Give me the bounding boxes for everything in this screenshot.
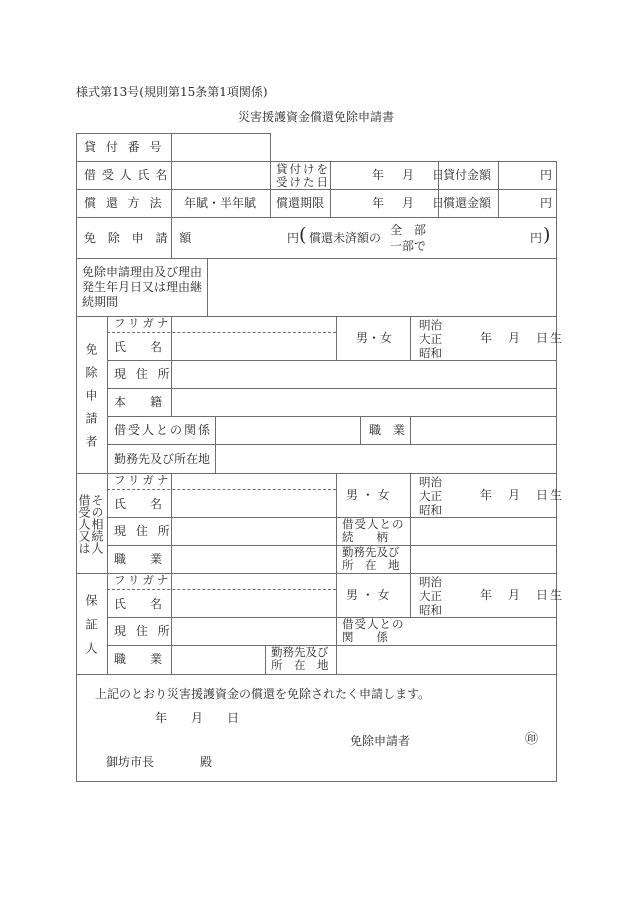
applicant-address-label: 現 住 所	[114, 368, 173, 380]
page-title: 災害援護資金償還免除申請書	[238, 111, 394, 123]
option-part[interactable]: 一部で	[390, 240, 426, 252]
era-showa[interactable]: 昭和	[419, 503, 442, 517]
heir-name-field[interactable]	[172, 490, 335, 516]
applicant-gender[interactable]: 男・女	[356, 332, 392, 344]
era-meiji[interactable]: 明治	[419, 475, 442, 489]
guarantor-birthdate[interactable]: 年 月 日生	[480, 589, 564, 601]
guarantor-relation-field[interactable]	[411, 618, 555, 644]
heir-workplace-label-line2: 所 在 地	[342, 559, 400, 572]
applicant-furigana-field[interactable]	[172, 317, 335, 331]
rule	[76, 781, 557, 782]
declaration-applicant-field[interactable]	[415, 730, 520, 750]
guarantor-relation-label-line2: 関 係	[342, 631, 405, 644]
rule	[336, 473, 337, 573]
applicant-era[interactable]: 明治 大正 昭和	[419, 318, 442, 360]
heir-relation-field[interactable]	[411, 518, 555, 544]
applicant-name-label: 氏 名	[114, 341, 162, 353]
repayment-deadline-field[interactable]: 年 月 日	[372, 197, 447, 209]
loan-date-label-line2: 受けた日	[276, 176, 330, 189]
applicant-furigana-label: フリガナ	[114, 318, 171, 330]
heir-furigana-label: フリガナ	[114, 475, 171, 487]
rule	[270, 133, 271, 217]
applicant-address-field[interactable]	[172, 361, 555, 387]
paren-close: )	[543, 226, 550, 245]
reason-label-line1: 免除申請理由及び理由	[82, 265, 202, 280]
applicant-workplace-label: 勤務先及び所在地	[114, 453, 210, 465]
rule	[410, 316, 411, 360]
guarantor-section-label: 保証人	[85, 594, 97, 666]
form-number: 様式第13号(規則第15条第1項関係)	[76, 86, 268, 98]
rule	[556, 161, 557, 781]
heir-era[interactable]: 明治 大正 昭和	[419, 475, 442, 517]
borrower-name-label: 借 受 人 氏 名	[84, 169, 168, 181]
rule	[265, 645, 266, 674]
repayment-method-value[interactable]: 年賦・半年賦	[184, 197, 256, 209]
heir-relation-label-line2: 続 柄	[342, 531, 405, 544]
exemption-amount-label: 免 除 申 請 額	[84, 232, 195, 244]
unpaid-unit: 円	[530, 232, 542, 244]
heir-gender[interactable]: 男 ・ 女	[346, 489, 390, 501]
era-meiji[interactable]: 明治	[419, 575, 442, 589]
guarantor-workplace-label-line2: 所 在 地	[271, 659, 329, 672]
loan-date-label: 貸付けを 受けた日	[276, 163, 330, 189]
guarantor-job-label: 職 業	[114, 653, 162, 665]
applicant-birthdate[interactable]: 年 月 日生	[480, 332, 564, 344]
guarantor-address-field[interactable]	[172, 618, 335, 644]
heir-job-field[interactable]	[172, 546, 335, 572]
applicant-job-field[interactable]	[411, 417, 555, 443]
applicant-domicile-field[interactable]	[172, 389, 555, 415]
unpaid-label: 償還未済額の	[309, 232, 381, 244]
heir-furigana-field[interactable]	[172, 474, 335, 488]
applicant-job-label: 職 業	[369, 424, 405, 436]
unpaid-amount-field[interactable]	[430, 222, 530, 252]
reason-label: 免除申請理由及び理由 発生年月日又は理由継 続期間	[82, 265, 202, 310]
era-meiji[interactable]: 明治	[419, 318, 442, 332]
reason-label-line2: 発生年月日又は理由継	[82, 280, 202, 295]
loan-date-field[interactable]: 年 月 日	[372, 169, 447, 181]
guarantor-job-field[interactable]	[172, 646, 264, 673]
heir-section-label-col1: 借受人又は	[78, 494, 90, 554]
heir-name-label: 氏 名	[114, 498, 162, 510]
guarantor-era[interactable]: 明治 大正 昭和	[419, 575, 442, 617]
applicant-relation-field[interactable]	[216, 417, 359, 443]
guarantor-furigana-field[interactable]	[172, 574, 335, 588]
repayment-method-label: 償 還 方 法	[84, 197, 164, 209]
guarantor-workplace-field[interactable]	[337, 646, 555, 673]
declaration-applicant-label: 免除申請者	[350, 735, 410, 747]
heir-workplace-label: 勤務先及び 所 在 地	[342, 546, 400, 572]
heir-birthdate[interactable]: 年 月 日生	[480, 489, 564, 501]
applicant-name-field[interactable]	[172, 333, 335, 359]
guarantor-furigana-label: フリガナ	[114, 575, 171, 587]
loan-number-field[interactable]	[172, 134, 269, 160]
paren-open: (	[299, 226, 306, 245]
rule	[76, 189, 556, 190]
guarantor-gender[interactable]: 男 ・ 女	[346, 589, 390, 601]
heir-address-label: 現 住 所	[114, 525, 173, 537]
exemption-amount-unit: 円	[287, 232, 299, 244]
rule	[76, 133, 77, 781]
repayment-amount-label: 償還金額	[443, 197, 491, 209]
repayment-deadline-label: 償還期限	[276, 197, 324, 209]
addressee: 御坊市長	[106, 756, 154, 768]
seal-icon: ㊞	[525, 733, 538, 746]
applicant-workplace-field[interactable]	[216, 445, 555, 472]
era-taisho[interactable]: 大正	[419, 489, 442, 503]
declaration-date[interactable]: 年 月 日	[155, 712, 239, 724]
borrower-name-field[interactable]	[172, 162, 269, 188]
loan-amount-label: 貸付金額	[443, 169, 491, 181]
reason-field[interactable]	[208, 259, 555, 315]
guarantor-name-label: 氏 名	[114, 598, 162, 610]
loan-amount-field[interactable]: 円	[540, 169, 552, 181]
rule	[360, 416, 361, 444]
reason-label-line3: 続期間	[82, 295, 202, 310]
declaration-statement: 上記のとおり災害援護資金の償還を免除されたく申請します。	[95, 688, 430, 700]
applicant-domicile-label: 本 籍	[114, 396, 162, 408]
guarantor-name-field[interactable]	[172, 590, 335, 616]
guarantor-workplace-label: 勤務先及び 所 在 地	[271, 646, 329, 672]
rule	[76, 217, 556, 218]
rule	[76, 674, 556, 675]
heir-job-label: 職 業	[114, 553, 162, 565]
loan-number-label: 貸 付 番 号	[84, 141, 164, 153]
heir-workplace-field[interactable]	[411, 546, 555, 572]
heir-relation-label: 借受人との 続 柄	[342, 518, 405, 544]
rule	[107, 316, 108, 674]
era-showa[interactable]: 昭和	[419, 603, 442, 617]
option-all[interactable]: 全 部	[390, 224, 426, 236]
applicant-relation-label: 借受人との関係	[114, 424, 212, 436]
applicant-section-label: 免除申請者	[85, 343, 97, 458]
rule	[336, 316, 337, 360]
honorific: 殿	[200, 756, 212, 768]
era-taisho[interactable]: 大正	[419, 332, 442, 346]
era-showa[interactable]: 昭和	[419, 346, 442, 360]
heir-section-label-col2: その相続人	[91, 494, 103, 554]
repayment-amount-field[interactable]: 円	[540, 197, 552, 209]
era-taisho[interactable]: 大正	[419, 589, 442, 603]
heir-address-field[interactable]	[172, 518, 335, 544]
guarantor-address-label: 現 住 所	[114, 625, 173, 637]
guarantor-relation-label: 借受人との 関 係	[342, 618, 405, 644]
